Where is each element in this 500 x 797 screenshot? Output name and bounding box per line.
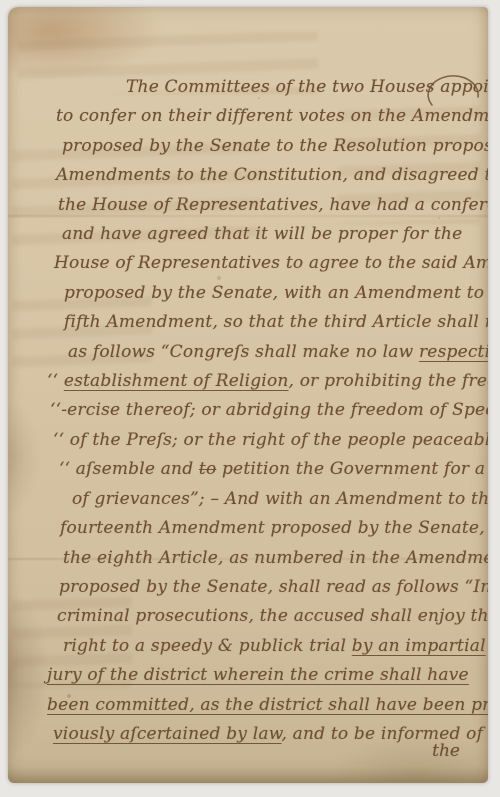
manuscript-text: The Committees of the two Houses appoint…	[8, 73, 488, 749]
text-segment: proposed by the Senate to the Resolution…	[62, 136, 488, 156]
manuscript-line: right to a speedy & publick trial by an …	[63, 632, 488, 661]
page-bottom-edge-shadow	[8, 767, 488, 783]
text-segment: and have agreed that it will be proper f…	[62, 224, 462, 244]
underlined-text: viously aſcertained by law	[53, 724, 281, 744]
paper-speckles	[8, 7, 10, 9]
manuscript-line: of grievances”; – And with an Amendment …	[72, 485, 488, 514]
text-segment: ‘‘ of the Preſs; or the right of the peo…	[53, 430, 488, 450]
text-segment: fourteenth Amendment proposed by the Sen…	[60, 518, 488, 538]
text-segment: right to a speedy & publick trial	[63, 636, 352, 656]
text-segment: to confer on their different votes on th…	[56, 106, 488, 126]
manuscript-page: The Committees of the two Houses appoint…	[8, 7, 488, 783]
underlined-text: jury of the district wherein the crime s…	[47, 665, 469, 685]
text-segment: House of Representatives to agree to the…	[54, 253, 488, 273]
manuscript-line: to confer on their different votes on th…	[56, 102, 488, 131]
text-segment: petition the Government for a redreſs	[216, 459, 488, 479]
text-segment: The Committees of the two Houses appoint…	[126, 77, 488, 97]
manuscript-line: jury of the district wherein the crime s…	[47, 661, 488, 690]
underlined-text: by an impartial	[352, 636, 486, 656]
underlined-text: respecting an	[419, 342, 488, 362]
underlined-text: been committed, as the district shall ha…	[47, 695, 488, 715]
manuscript-line: fifth Amendment, so that the third Artic…	[64, 308, 488, 337]
manuscript-line: ‘‘ of the Preſs; or the right of the peo…	[53, 426, 488, 455]
manuscript-line: proposed by the Senate, with an Amendmen…	[64, 279, 488, 308]
text-segment: ‘‘	[47, 371, 64, 391]
text-segment: fifth Amendment, so that the third Artic…	[64, 312, 488, 332]
text-segment: proposed by the Senate, shall read as fo…	[59, 577, 488, 597]
manuscript-line: proposed by the Senate, shall read as fo…	[59, 573, 488, 602]
manuscript-line: and have agreed that it will be proper f…	[62, 220, 488, 249]
manuscript-line: as follows “Congreſs shall make no law r…	[68, 338, 488, 367]
manuscript-line: ‘‘-ercise thereof; or abridging the free…	[50, 396, 488, 425]
text-segment: the House of Representatives, have had a…	[58, 195, 488, 215]
manuscript-line: ‘‘ establishment of Religion, or prohibi…	[47, 367, 488, 396]
text-segment: the eighth Article, as numbered in the A…	[63, 548, 488, 568]
text-segment: Amendments to the Constitution, and disa…	[56, 165, 488, 185]
text-segment: of grievances”; – And with an Amendment …	[72, 489, 488, 509]
manuscript-line: fourteenth Amendment proposed by the Sen…	[60, 514, 488, 543]
text-segment: as follows “Congreſs shall make no law	[68, 342, 419, 362]
manuscript-line: Amendments to the Constitution, and disa…	[56, 161, 488, 190]
text-segment: , or prohibiting the free ex-	[289, 371, 488, 391]
underlined-text: establishment of Religion	[64, 371, 289, 391]
manuscript-line: been committed, as the district shall ha…	[47, 691, 488, 720]
manuscript-line: viously aſcertained by law, and to be in…	[53, 720, 488, 749]
text-segment: criminal prosecutions, the accused shall…	[57, 606, 488, 626]
struck-out-text: to	[199, 459, 216, 479]
manuscript-line: criminal prosecutions, the accused shall…	[57, 602, 488, 631]
text-segment: ‘‘-ercise thereof; or abridging the free…	[50, 400, 488, 420]
manuscript-line: the eighth Article, as numbered in the A…	[63, 544, 488, 573]
manuscript-line: ‘‘ aſsemble and to petition the Governme…	[59, 455, 488, 484]
manuscript-line: proposed by the Senate to the Resolution…	[62, 132, 488, 161]
manuscript-line: The Committees of the two Houses appoint…	[126, 73, 488, 102]
catchword: the	[432, 741, 460, 761]
text-segment: ‘‘ aſsemble and	[59, 459, 199, 479]
manuscript-line: the House of Representatives, have had a…	[58, 191, 488, 220]
manuscript-line: House of Representatives to agree to the…	[54, 249, 488, 278]
text-segment: proposed by the Senate, with an Amendmen…	[64, 283, 488, 303]
